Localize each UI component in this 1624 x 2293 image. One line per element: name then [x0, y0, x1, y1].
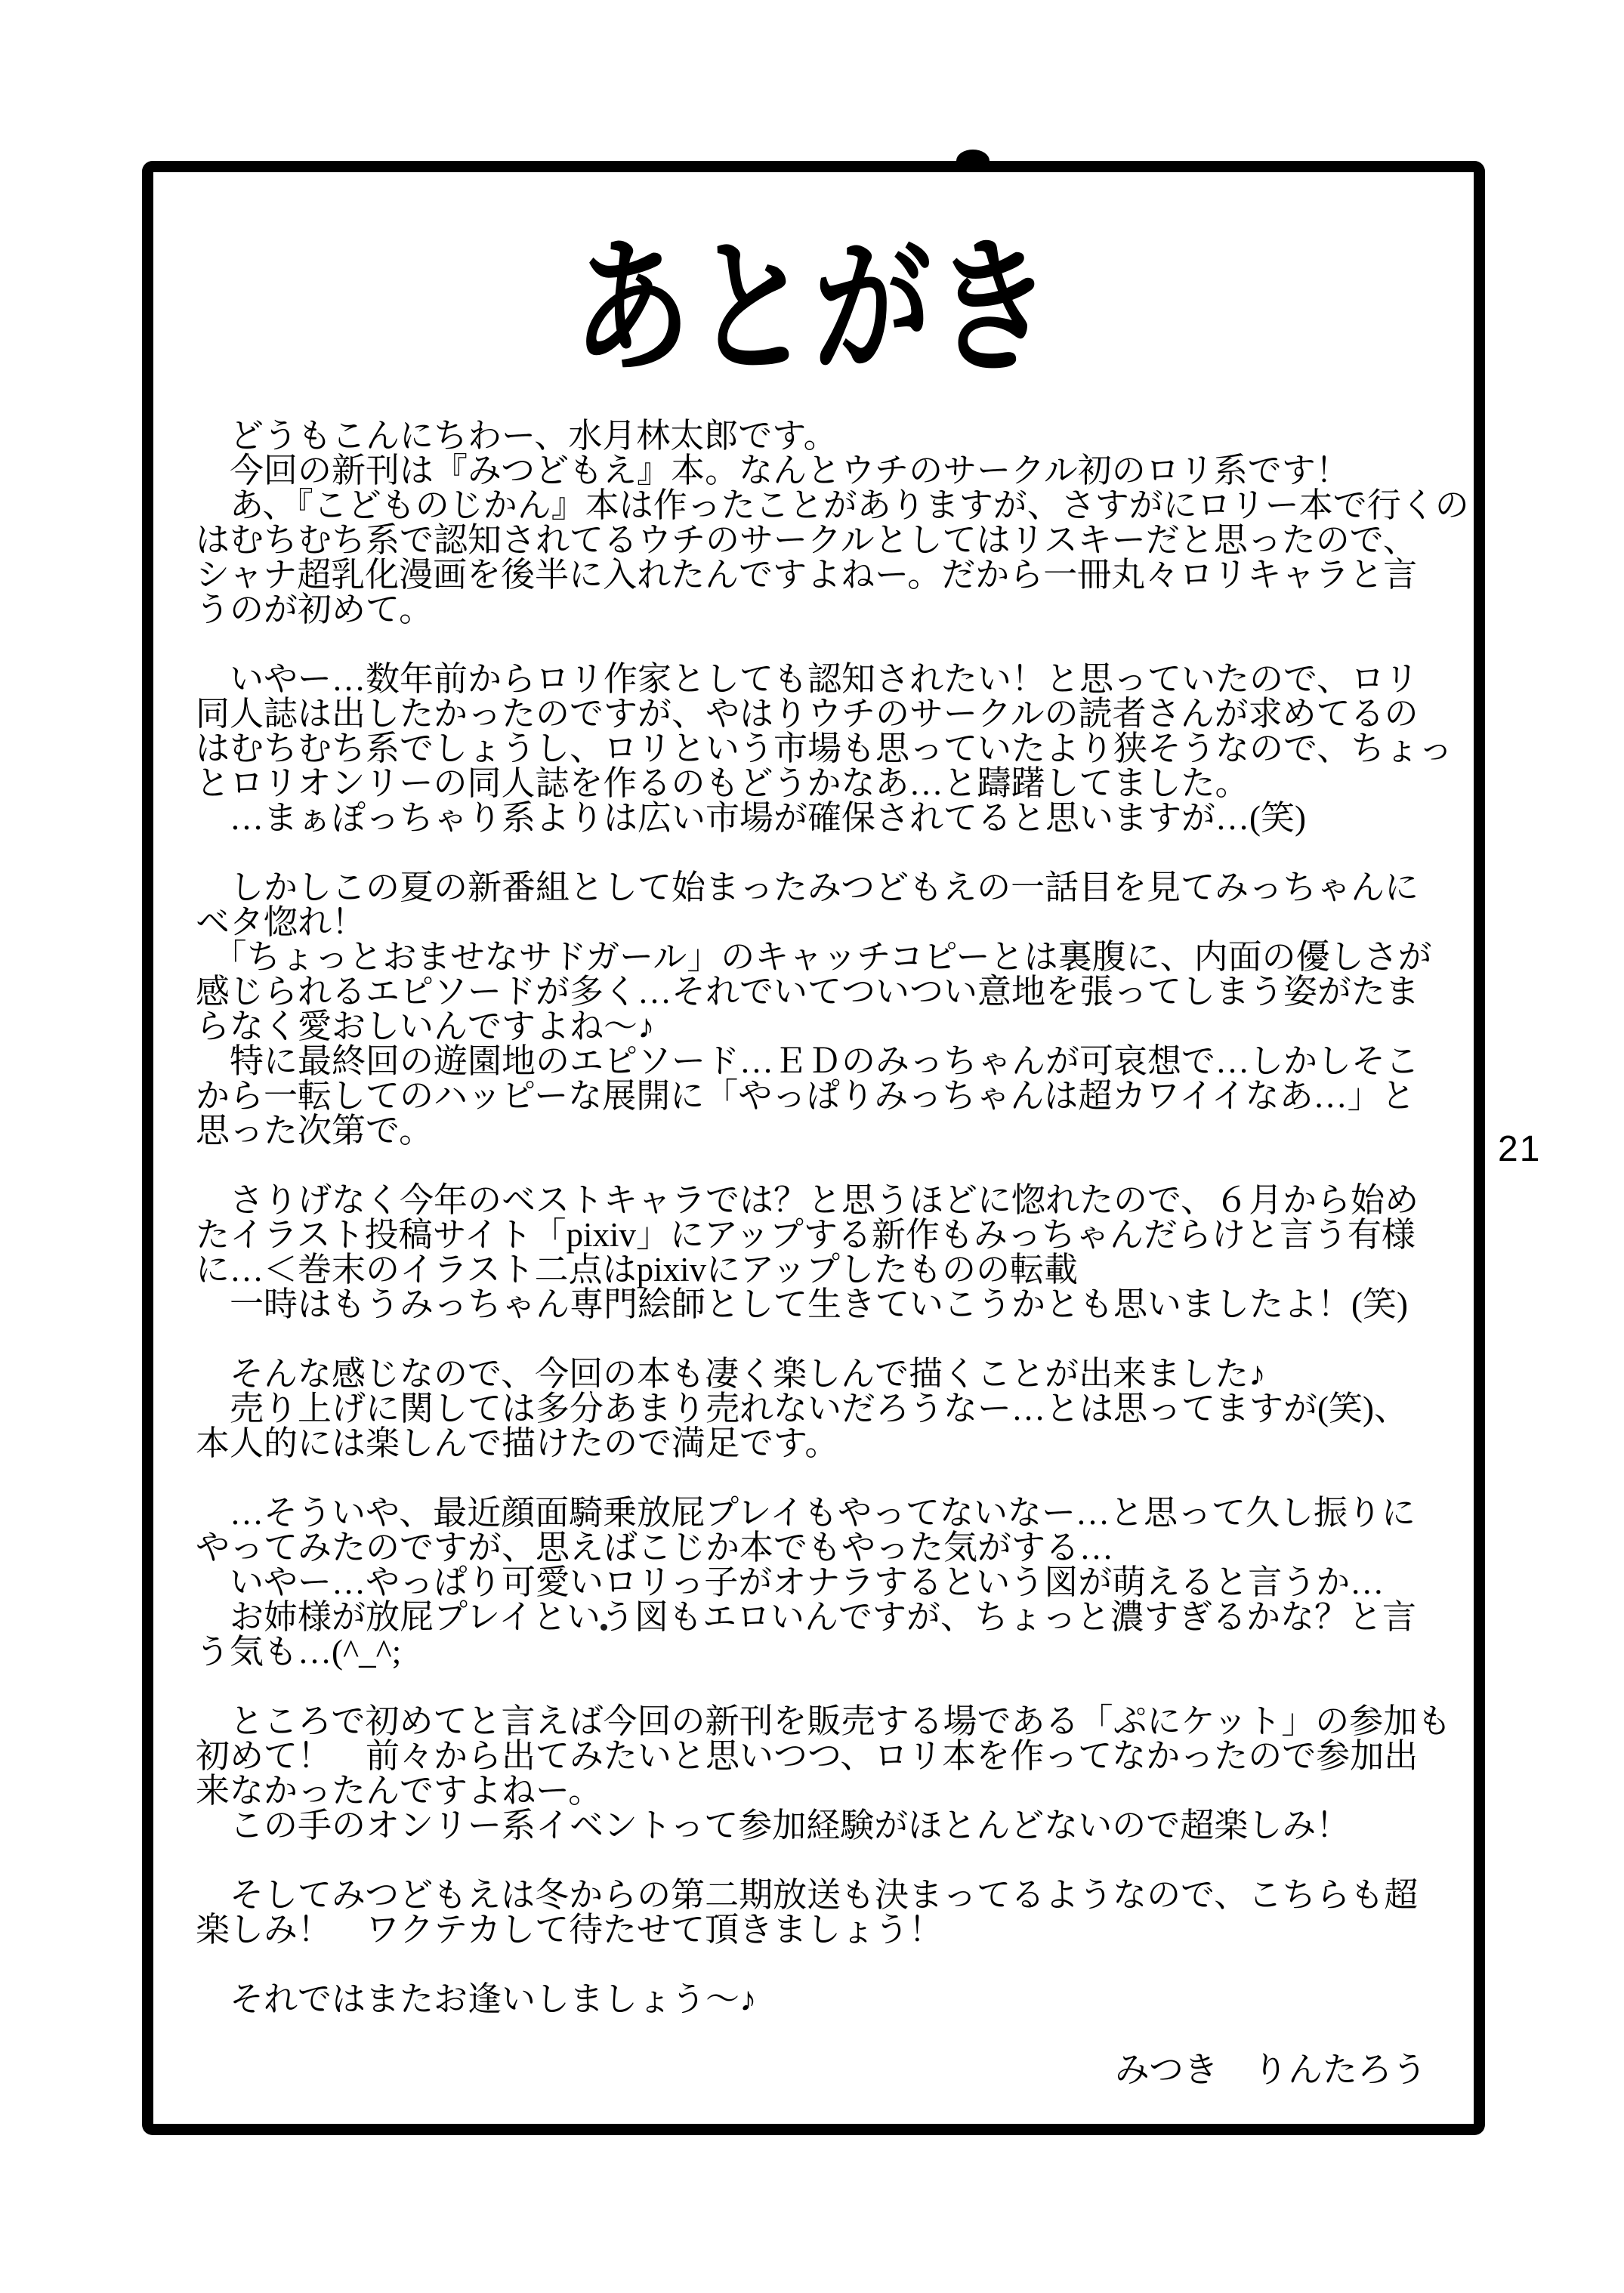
text-line: いやー…数年前からロリ作家としても認知されたい！と思っていたので、ロリ	[196, 662, 1462, 696]
paragraph: どうもこんにちわー、水月林太郎です。 今回の新刊は『みつどもえ』本。なんとウチの…	[196, 418, 1462, 627]
text-line: 楽しみ！ ワクテカして待たせて頂きましょう！	[196, 1912, 1462, 1947]
signature: みつき りんたろう	[196, 2051, 1427, 2089]
text-line: 同人誌は出したかったのですが、やはりウチのサークルの読者さんが求めてるの	[196, 696, 1462, 731]
text-line: あ、『こどものじかん』本は作ったことがありますが、さすがにロリー本で行くの	[196, 488, 1462, 523]
afterword-body: どうもこんにちわー、水月林太郎です。 今回の新刊は『みつどもえ』本。なんとウチの…	[196, 418, 1462, 2017]
text-line: シャナ超乳化漫画を後半に入れたんですよねー。だから一冊丸々ロリキャラと言	[196, 557, 1462, 592]
text-line: さりげなく今年のベストキャラでは？と思うほどに惚れたので、６月から始め	[196, 1183, 1462, 1217]
text-line: 特に最終回の遊園地のエピソード…ＥＤのみっちゃんが可哀想で…しかしそこ	[196, 1044, 1462, 1079]
text-line: ところで初めてと言えば今回の新刊を販売する場である「ぷにケット」の参加も	[196, 1704, 1462, 1739]
paragraph: いやー…数年前からロリ作家としても認知されたい！と思っていたので、ロリ同人誌は出…	[196, 662, 1462, 835]
text-line: しかしこの夏の新番組として始まったみつどもえの一話目を見てみっちゃんに	[196, 870, 1462, 905]
text-line: うのが初めて。	[196, 592, 1462, 627]
text-line: に…＜巻末のイラスト二点はpixivにアップしたものの転載	[196, 1252, 1462, 1287]
text-line: ベタ惚れ！	[196, 905, 1462, 940]
text-line: …そういや、最近顔面騎乗放屁プレイもやってないなー…と思って久し振りに	[196, 1495, 1462, 1530]
text-line: たイラスト投稿サイト「pixiv」にアップする新作もみっちゃんだらけと言う有様	[196, 1217, 1462, 1252]
text-line: お姉様が放屁プレイという図もエロいんですが、ちょっと濃すぎるかな？と言	[196, 1600, 1462, 1634]
text-line: …まぁぽっちゃり系よりは広い市場が確保されてると思いますが…(笑)	[196, 801, 1462, 835]
text-line: 本人的には楽しんで描けたので満足です。	[196, 1426, 1462, 1461]
text-line: から一転してのハッピーな展開に「やっぱりみっちゃんは超カワイイなあ…」と	[196, 1079, 1462, 1113]
text-line: はむちむち系で認知されてるウチのサークルとしてはリスキーだと思ったので、	[196, 523, 1462, 557]
text-line: この手のオンリー系イベントって参加経験がほとんどないので超楽しみ！	[196, 1808, 1462, 1843]
text-line: 思った次第で。	[196, 1113, 1462, 1148]
text-line: 一時はもうみっちゃん専門絵師として生きていこうかとも思いましたよ！(笑)	[196, 1287, 1462, 1322]
paragraph: そんな感じなので、今回の本も凄く楽しんで描くことが出来ました♪ 売り上げに関して…	[196, 1356, 1462, 1461]
paragraph: さりげなく今年のベストキャラでは？と思うほどに惚れたので、６月から始めたイラスト…	[196, 1183, 1462, 1322]
text-line: 初めて！ 前々から出てみたいと思いつつ、ロリ本を作ってなかったので参加出	[196, 1739, 1462, 1773]
text-line: とロリオンリーの同人誌を作るのもどうかなあ…と躊躇してました。	[196, 766, 1462, 801]
text-line: はむちむち系でしょうし、ロリという市場も思っていたより狭そうなので、ちょっ	[196, 731, 1462, 766]
text-line: どうもこんにちわー、水月林太郎です。	[196, 418, 1462, 453]
scan-artifact-top-blob	[956, 150, 990, 172]
text-line: それではまたお逢いしましょう〜♪	[196, 1982, 1462, 2017]
text-line: 感じられるエピソードが多く…それでいてついつい意地を張ってしまう姿がたま	[196, 974, 1462, 1009]
text-line: う気も…(^_^;	[196, 1634, 1462, 1669]
scan-artifact-speck	[601, 1624, 607, 1631]
scanned-page: あとがき どうもこんにちわー、水月林太郎です。 今回の新刊は『みつどもえ』本。な…	[0, 0, 1624, 2293]
text-line: 今回の新刊は『みつどもえ』本。なんとウチのサークル初のロリ系です！	[196, 453, 1462, 488]
text-line: 売り上げに関しては多分あまり売れないだろうなー…とは思ってますが(笑)、	[196, 1391, 1462, 1426]
paragraph: ところで初めてと言えば今回の新刊を販売する場である「ぷにケット」の参加も初めて！…	[196, 1704, 1462, 1843]
text-line: そしてみつどもえは冬からの第二期放送も決まってるようなので、こちらも超	[196, 1878, 1462, 1912]
paragraph: …そういや、最近顔面騎乗放屁プレイもやってないなー…と思って久し振りにやってみた…	[196, 1495, 1462, 1669]
paragraph: そしてみつどもえは冬からの第二期放送も決まってるようなので、こちらも超楽しみ！ …	[196, 1878, 1462, 1947]
page-title: あとがき	[286, 231, 1341, 386]
page-number: 21	[1498, 1131, 1541, 1168]
text-line: やってみたのですが、思えばこじか本でもやった気がする…	[196, 1530, 1462, 1565]
text-line: らなく愛おしいんですよね〜♪	[196, 1009, 1462, 1044]
text-line: 「ちょっとおませなサドガール」のキャッチコピーとは裏腹に、内面の優しさが	[196, 940, 1462, 974]
paragraph: それではまたお逢いしましょう〜♪	[196, 1982, 1462, 2017]
text-line: いやー…やっぱり可愛いロリっ子がオナラするという図が萌えると言うか…	[196, 1565, 1462, 1600]
text-line: そんな感じなので、今回の本も凄く楽しんで描くことが出来ました♪	[196, 1356, 1462, 1391]
text-line: 来なかったんですよねー。	[196, 1773, 1462, 1808]
page-sheet: あとがき どうもこんにちわー、水月林太郎です。 今回の新刊は『みつどもえ』本。な…	[142, 161, 1485, 2135]
paragraph: しかしこの夏の新番組として始まったみつどもえの一話目を見てみっちゃんにベタ惚れ！…	[196, 870, 1462, 1148]
